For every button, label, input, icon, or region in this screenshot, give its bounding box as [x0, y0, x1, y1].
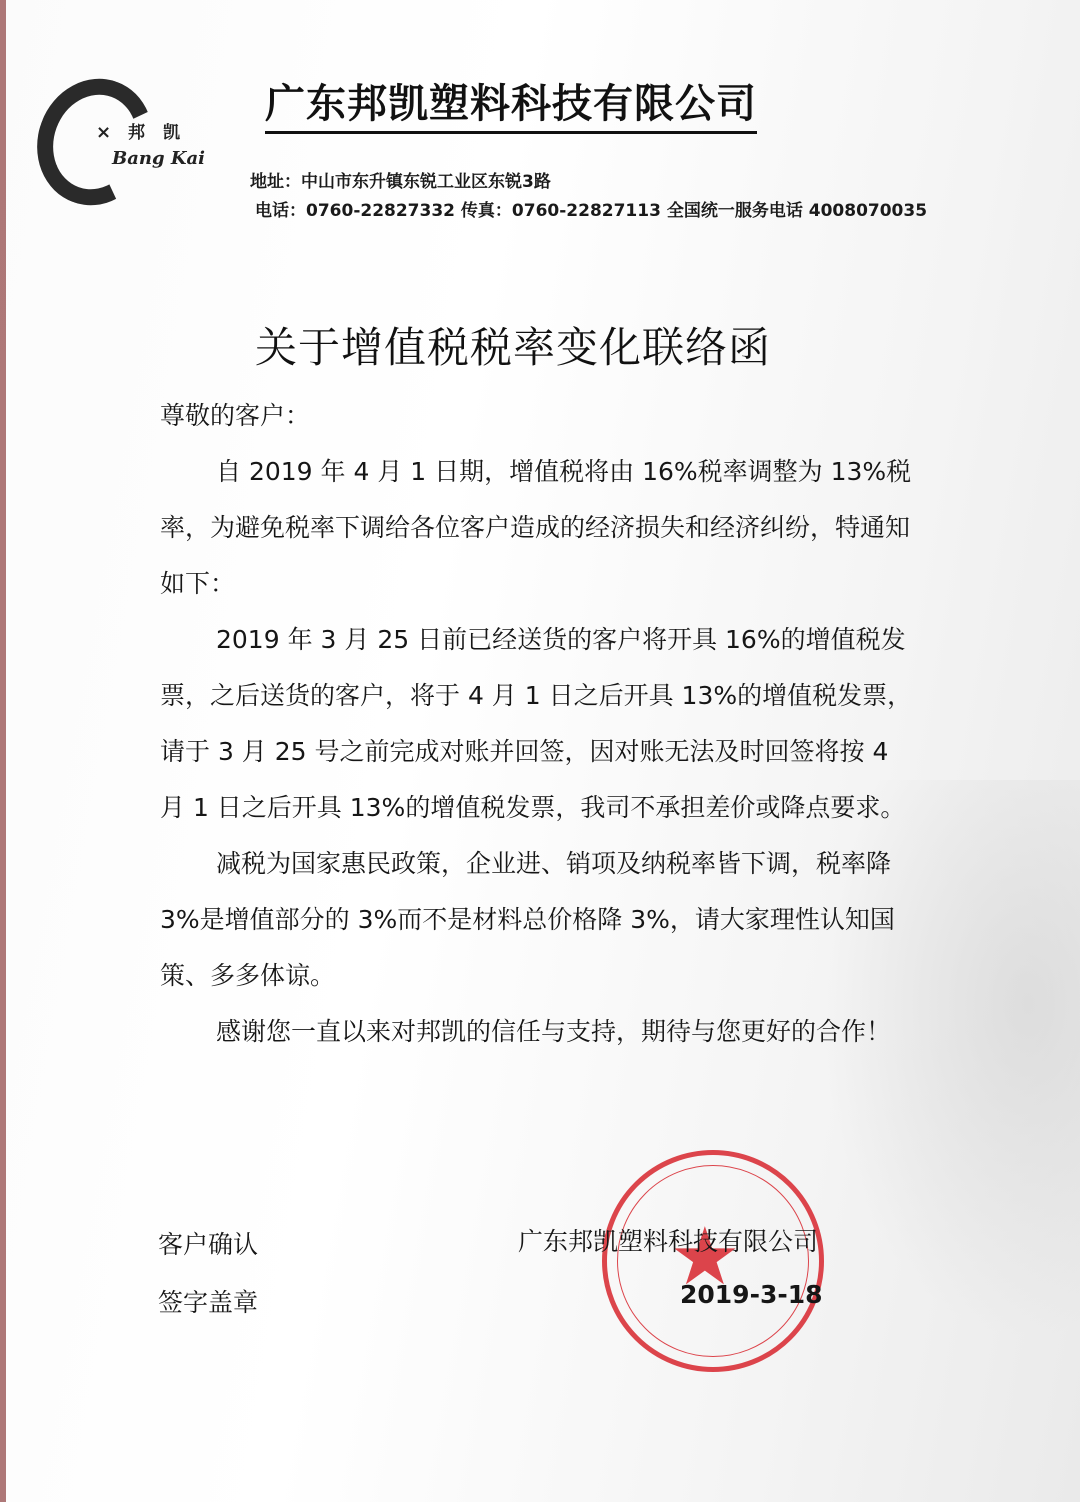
logo-mark: × [96, 122, 111, 143]
company-seal-stamp: ★ [602, 1150, 824, 1372]
signature-date: 2019-3-18 [680, 1280, 823, 1309]
signature-company-name: 广东邦凯塑料科技有限公司 [518, 1222, 818, 1258]
logo-cn-text: 邦凯 [128, 118, 198, 143]
scan-edge [0, 0, 6, 1502]
letter-page: × 邦凯 Bang Kai 广东邦凯塑料科技有限公司 地址：中山市东升镇东锐工业… [0, 0, 1080, 1502]
sign-seal-label: 签字盖章 [158, 1274, 258, 1332]
paragraph-2: 2019 年 3 月 25 日前已经送货的客户将开具 16%的增值税发票，之后送… [160, 612, 920, 836]
letter-body: 尊敬的客户： 自 2019 年 4 月 1 日期，增值税将由 16%税率调整为 … [160, 388, 920, 1060]
letterhead-address: 地址：中山市东升镇东锐工业区东锐3路 [250, 167, 551, 192]
customer-confirm-label: 客户确认 [158, 1216, 258, 1274]
logo-en-text: Bang Kai [112, 148, 205, 169]
letterhead-company-name: 广东邦凯塑料科技有限公司 [265, 72, 757, 134]
document-title: 关于增值税税率变化联络函 [255, 315, 771, 375]
paragraph-4: 感谢您一直以来对邦凯的信任与支持，期待与您更好的合作！ [160, 1004, 920, 1060]
paragraph-1: 自 2019 年 4 月 1 日期，增值税将由 16%税率调整为 13%税率，为… [160, 444, 920, 612]
letterhead-contact: 电话：0760-22827332 传真：0760-22827113 全国统一服务… [255, 196, 927, 221]
salutation: 尊敬的客户： [160, 388, 920, 444]
customer-signature-block: 客户确认 签字盖章 [158, 1216, 258, 1332]
paragraph-3: 减税为国家惠民政策，企业进、销项及纳税率皆下调，税率降 3%是增值部分的 3%而… [160, 836, 920, 1004]
